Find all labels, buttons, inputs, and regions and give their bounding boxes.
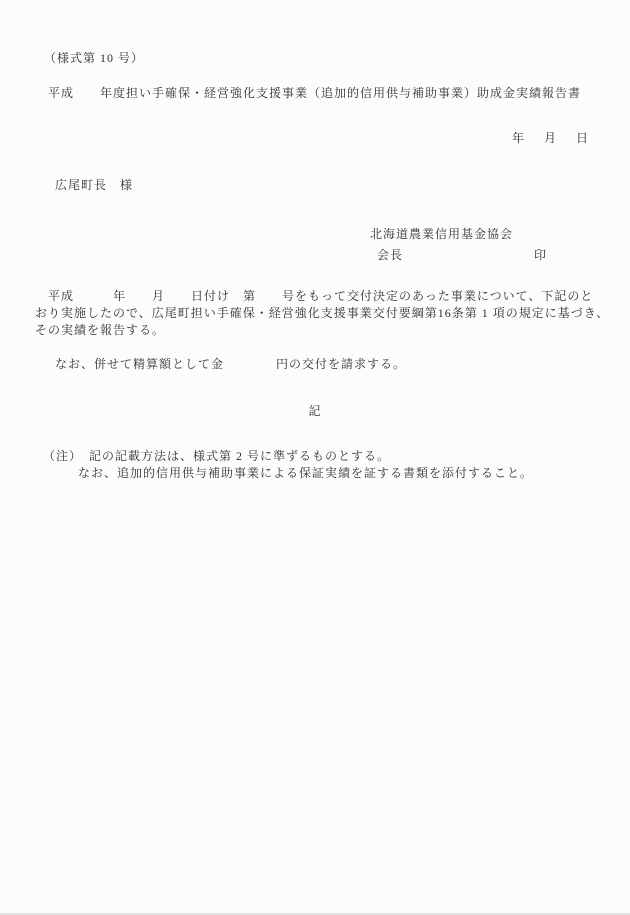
section-marker-ki: 記 (0, 402, 630, 419)
seal-placeholder: 印 (534, 246, 547, 263)
addressee: 広尾町長 様 (55, 178, 133, 193)
issuer-signature-row: 会長 印 (377, 246, 547, 263)
payment-request-line: なお、併せて精算額として金 円の交付を請求する。 (42, 357, 406, 372)
issuer-role: 会長 (377, 246, 403, 263)
body-line-3: その実績を報告する。 (35, 322, 615, 339)
body-line-2: おり実施したので、広尾町担い手確保・経営強化支援事業交付要綱第16条第 1 項の… (35, 305, 615, 322)
document-page: （様式第 10 号） 平成 年度担い手確保・経営強化支援事業（追加的信用供与補助… (0, 0, 630, 915)
body-line-1: 平成 年 月 日付け 第 号をもって交付決定のあった事業について、下記のと (35, 288, 615, 305)
document-title: 平成 年度担い手確保・経営強化支援事業（追加的信用供与補助事業）助成金実績報告書 (48, 86, 581, 101)
issuer-organization: 北海道農業信用基金協会 (370, 227, 513, 242)
body-paragraph: 平成 年 月 日付け 第 号をもって交付決定のあった事業について、下記のと おり… (35, 288, 615, 339)
note-line-2: なお、追加的信用供与補助事業による保証実績を証する書類を添付すること。 (78, 466, 533, 481)
form-number-label: （様式第 10 号） (44, 51, 144, 66)
date-line: 年 月 日 (512, 131, 592, 146)
note-line-1: （注） 記の記載方法は、様式第 2 号に準ずるものとする。 (43, 449, 390, 464)
